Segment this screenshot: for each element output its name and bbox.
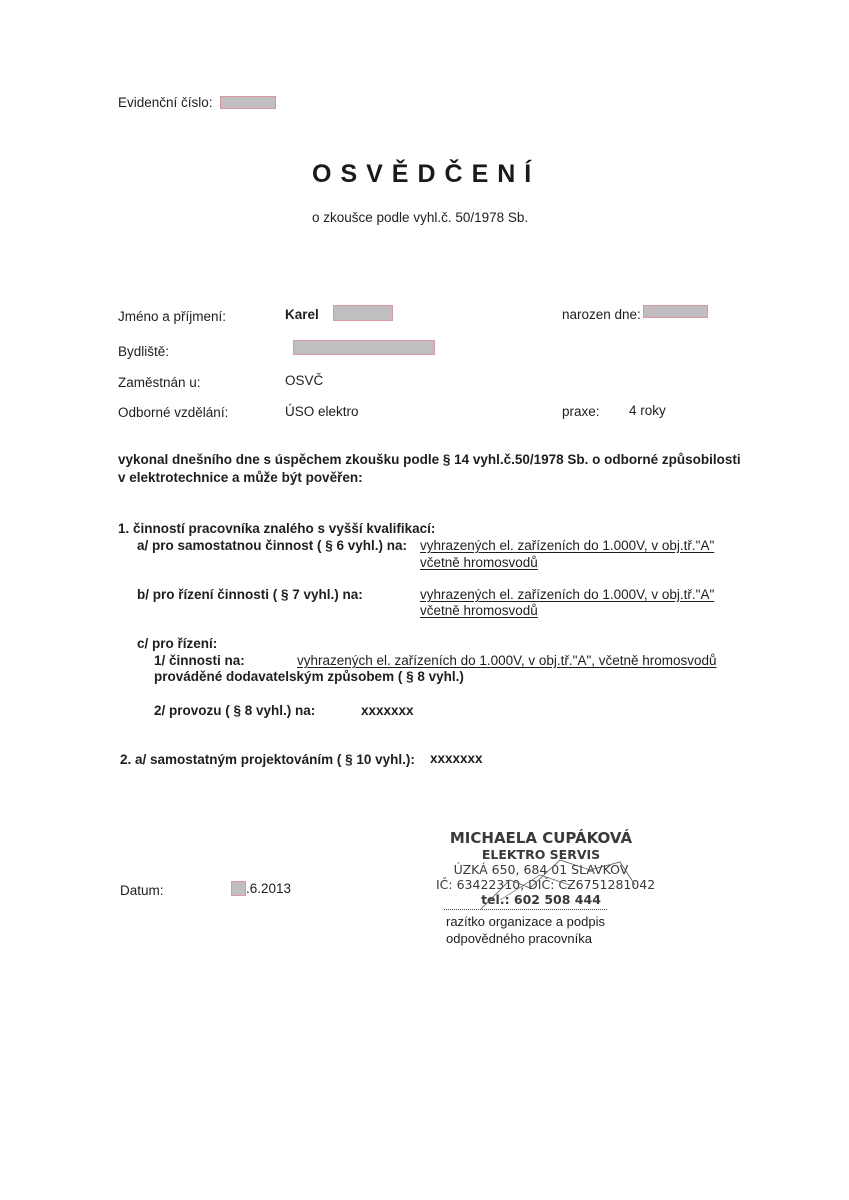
signature-scribble [470, 840, 650, 920]
page-subtitle: o zkoušce podle vyhl.č. 50/1978 Sb. [312, 210, 528, 225]
education-label: Odborné vzdělání: [118, 405, 228, 420]
section-1-heading: 1. činností pracovníka znalého s vyšší k… [118, 521, 435, 536]
employer-value: OSVČ [285, 373, 323, 388]
practice-value: 4 roky [629, 403, 666, 418]
name-label: Jméno a příjmení: [118, 309, 226, 324]
section-1c2-label: 2/ provozu ( § 8 vyhl.) na: [154, 703, 315, 718]
statement-line-2: v elektrotechnice a může být pověřen: [118, 470, 363, 485]
practice-label: praxe: [562, 404, 600, 419]
date-value: .6.2013 [246, 881, 291, 896]
signature-caption-line-1: razítko organizace a podpis [446, 914, 605, 929]
employer-label: Zaměstnán u: [118, 375, 201, 390]
section-2-label: 2. a/ samostatným projektováním ( § 10 v… [120, 752, 415, 767]
section-1a-label: a/ pro samostatnou činnost ( § 6 vyhl.) … [137, 538, 407, 553]
page-title: OSVĚDČENÍ [312, 160, 540, 189]
surname-redaction [333, 305, 393, 321]
born-label: narozen dne: [562, 307, 641, 322]
section-1b-label: b/ pro řízení činnosti ( § 7 vyhl.) na: [137, 587, 363, 602]
section-2-value: xxxxxxx [430, 751, 483, 766]
section-1c2-value: xxxxxxx [361, 703, 414, 718]
statement-line-1: vykonal dnešního dne s úspěchem zkoušku … [118, 452, 741, 467]
section-1a-value-line-1: vyhrazených el. zařízeních do 1.000V, v … [420, 538, 714, 553]
first-name: Karel [285, 307, 319, 322]
section-1a-value-line-2: včetně hromosvodů [420, 555, 538, 570]
signature-caption-line-2: odpovědného pracovníka [446, 931, 592, 946]
section-1c1-note: prováděné dodavatelským způsobem ( § 8 v… [154, 669, 464, 684]
education-value: ÚSO elektro [285, 404, 359, 419]
date-day-redaction [231, 881, 246, 896]
evidence-number-label: Evidenční číslo: [118, 95, 213, 110]
address-label: Bydliště: [118, 344, 169, 359]
section-1c1-label: 1/ činnosti na: [154, 653, 245, 668]
section-1b-value-line-2: včetně hromosvodů [420, 603, 538, 618]
address-redaction [293, 340, 435, 355]
signature-line [444, 909, 607, 910]
birthdate-redaction [643, 305, 708, 318]
date-label: Datum: [120, 883, 164, 898]
section-1b-value-line-1: vyhrazených el. zařízeních do 1.000V, v … [420, 587, 714, 602]
section-1c-label: c/ pro řízení: [137, 636, 217, 651]
section-1c1-value: vyhrazených el. zařízeních do 1.000V, v … [297, 653, 717, 668]
evidence-number-redaction [220, 96, 276, 109]
